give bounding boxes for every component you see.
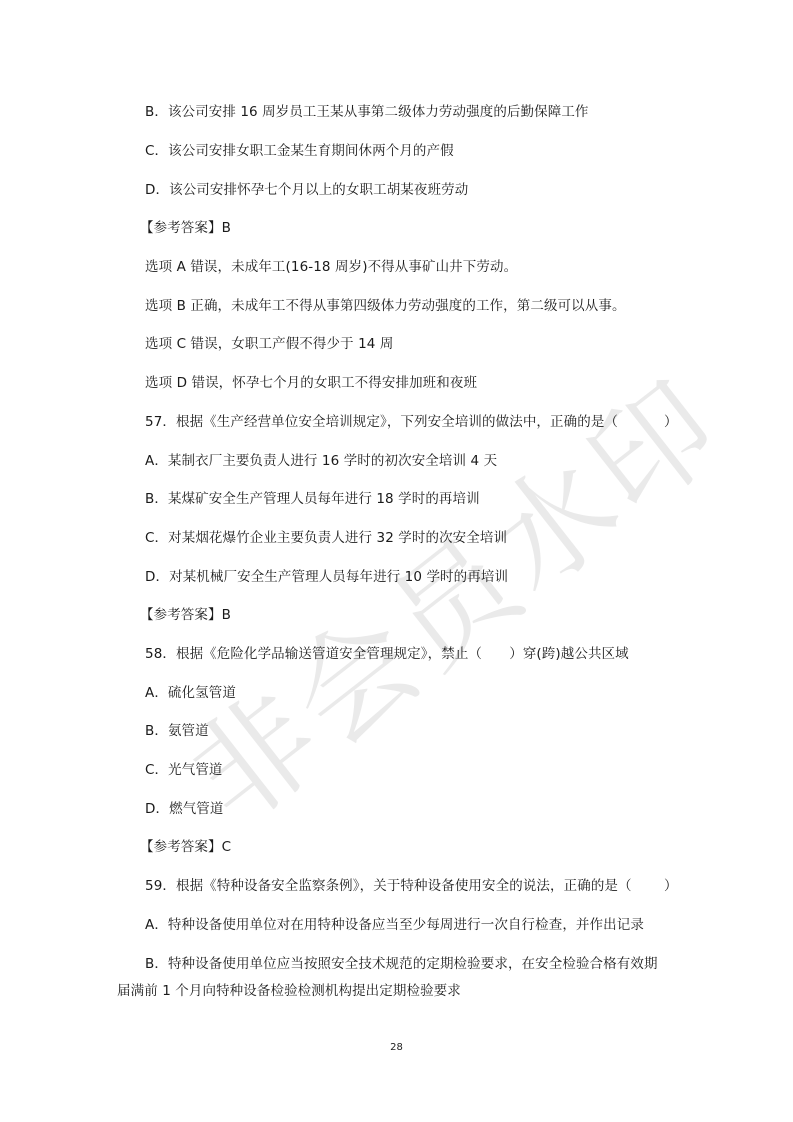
q57-option-b: B．某煤矿安全生产管理人员每年进行 18 学时的再培训 [145, 490, 480, 508]
q56-option-b: B．该公司安排 16 周岁员工王某从事第二级体力劳动强度的后勤保障工作 [145, 103, 589, 121]
q56-answer: 【参考答案】B [140, 219, 231, 237]
q58-stem: 58．根据《危险化学品输送管道安全管理规定》，禁止（ ）穿(跨)越公共区域 [145, 645, 629, 663]
q58-option-b: B．氨管道 [145, 722, 209, 740]
q57-option-d: D．对某机械厂安全生产管理人员每年进行 10 学时的再培训 [145, 568, 508, 586]
q57-stem: 57．根据《生产经营单位安全培训规定》，下列安全培训的做法中，正确的是（ [145, 413, 618, 431]
q57-stem-close: ） [664, 413, 678, 431]
q57-option-c: C．对某烟花爆竹企业主要负责人进行 32 学时的次安全培训 [145, 529, 507, 547]
q57-option-a: A．某制衣厂主要负责人进行 16 学时的初次安全培训 4 天 [145, 452, 497, 470]
q56-explanation-d: 选项 D 错误，怀孕七个月的女职工不得安排加班和夜班 [145, 374, 477, 392]
q58-option-a: A．硫化氢管道 [145, 684, 236, 702]
q56-option-d: D．该公司安排怀孕七个月以上的女职工胡某夜班劳动 [145, 181, 468, 199]
q56-explanation-c: 选项 C 错误，女职工产假不得少于 14 周 [145, 335, 393, 353]
q56-explanation-a: 选项 A 错误，未成年工(16-18 周岁)不得从事矿山井下劳动。 [145, 258, 517, 276]
q56-option-c: C．该公司安排女职工金某生育期间休两个月的产假 [145, 142, 454, 160]
q58-answer: 【参考答案】C [140, 838, 231, 856]
watermark: 非会员水印 [150, 332, 752, 855]
q59-option-b-line2: 届满前 1 个月向特种设备检验检测机构提出定期检验要求 [117, 982, 461, 1000]
q58-option-d: D．燃气管道 [145, 800, 224, 818]
page-number: 28 [0, 1042, 793, 1053]
q59-stem-close: ） [664, 877, 678, 895]
q57-answer: 【参考答案】B [140, 606, 231, 624]
q56-explanation-b: 选项 B 正确，未成年工不得从事第四级体力劳动强度的工作，第二级可以从事。 [145, 297, 626, 315]
q58-option-c: C．光气管道 [145, 761, 223, 779]
document-page: 非会员水印 B．该公司安排 16 周岁员工王某从事第二级体力劳动强度的后勤保障工… [0, 0, 793, 1122]
q59-option-b-line1: B．特种设备使用单位应当按照安全技术规范的定期检验要求，在安全检验合格有效期 [145, 955, 658, 973]
q59-stem: 59．根据《特种设备安全监察条例》，关于特种设备使用安全的说法，正确的是（ [145, 877, 632, 895]
q59-option-a: A．特种设备使用单位对在用特种设备应当至少每周进行一次自行检查，并作出记录 [145, 916, 644, 934]
